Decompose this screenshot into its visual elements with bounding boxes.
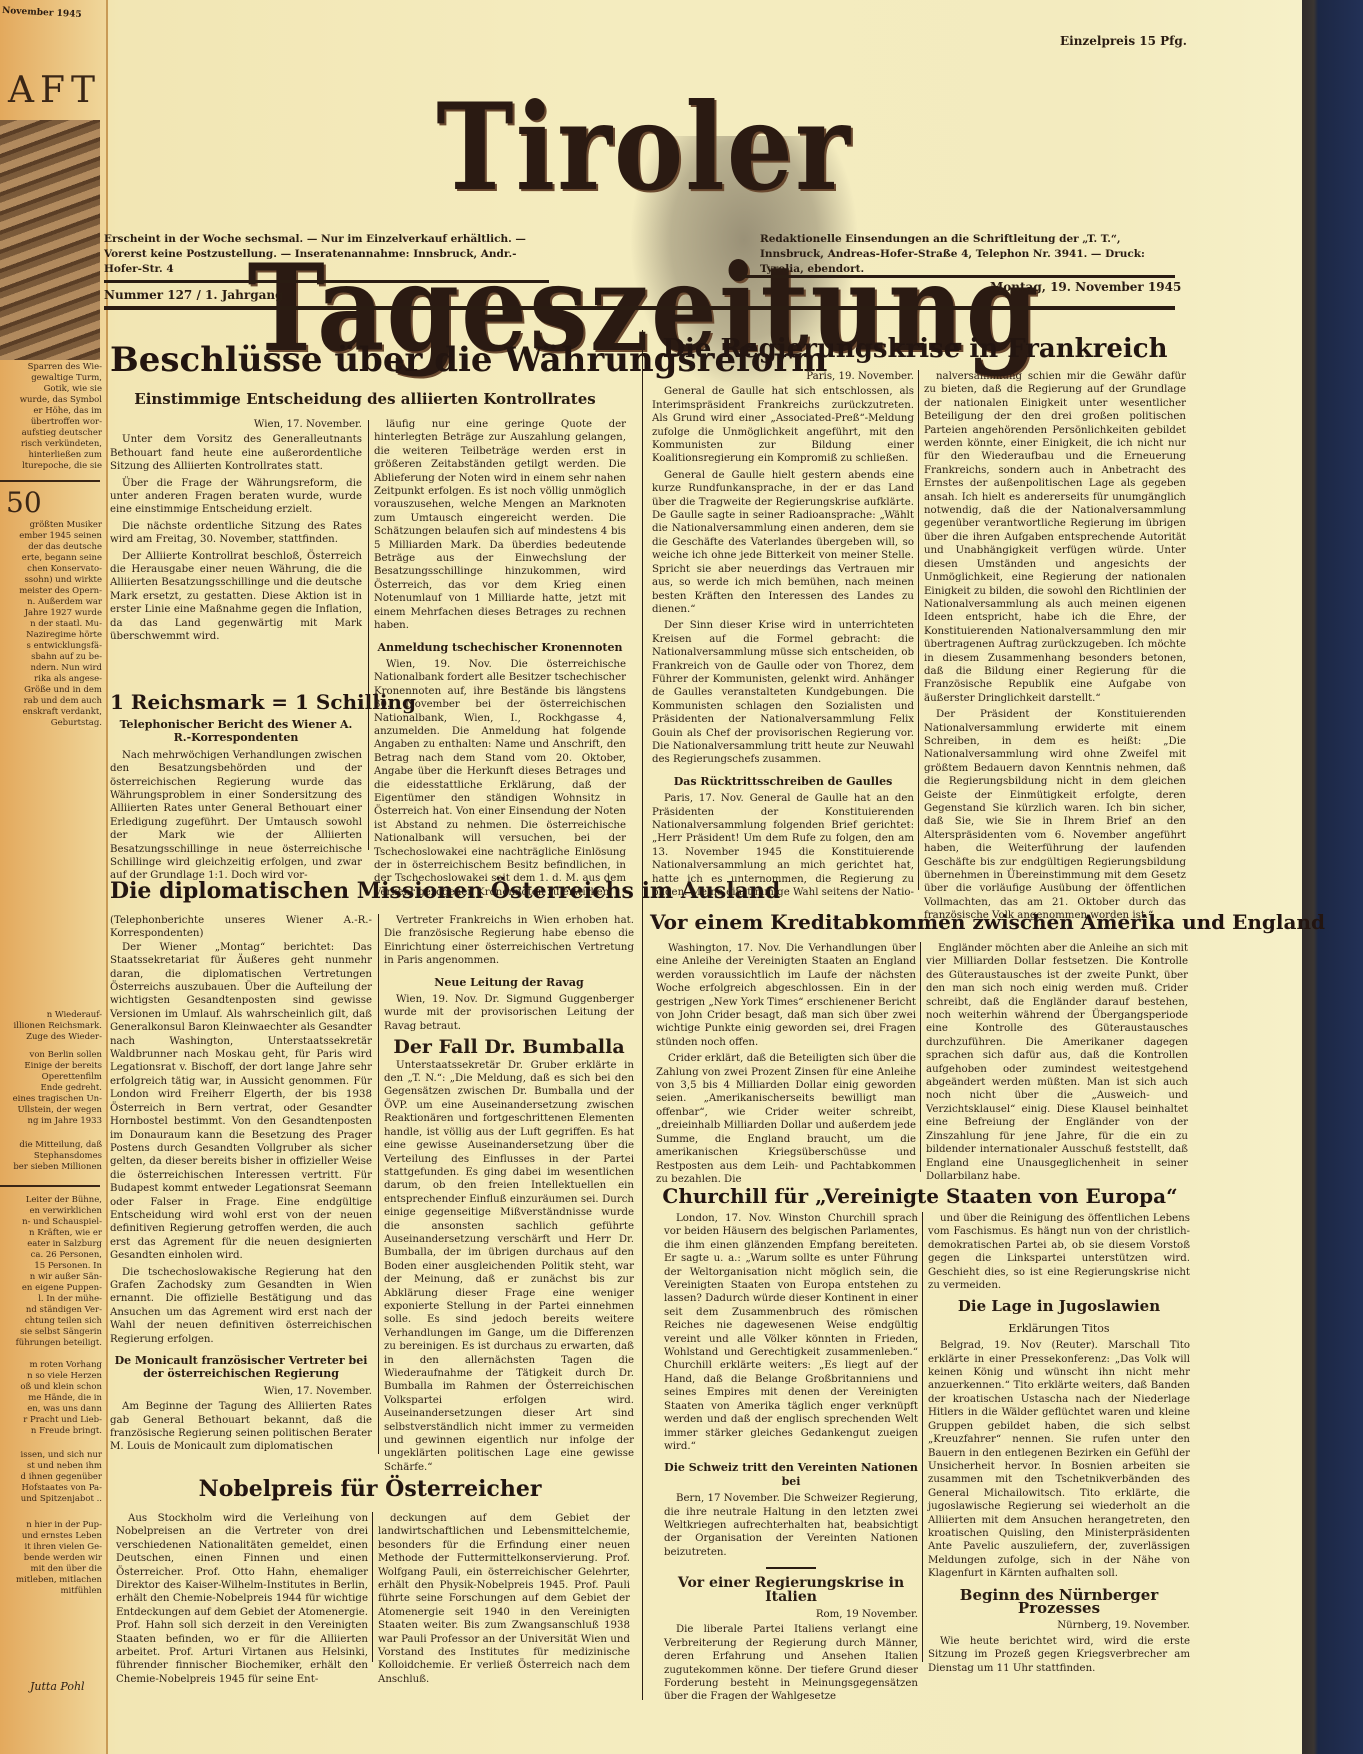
article-missionen-col1: (Telephonberichte unseres Wiener A.-R.-K…	[110, 914, 372, 1457]
paragraph: Aus Stockholm wird die Verleihung von No…	[116, 1512, 368, 1686]
column-rule	[922, 1212, 923, 1662]
paragraph: und über die Reinigung des öffentlichen …	[928, 1212, 1190, 1292]
strip-text-6: m roten Vorhang n so viele Herzen oß und…	[4, 1360, 102, 1437]
subhead-monicault: De Monicault französischer Vertreter bei…	[110, 1354, 372, 1381]
paragraph: London, 17. Nov. Winston Churchill sprac…	[664, 1212, 918, 1453]
paragraph: Wien, 19. Nov. Dr. Sigmund Guggenberger …	[384, 993, 634, 1033]
dateline: Rom, 19 November.	[664, 1608, 918, 1621]
article-right-lower: und über die Reinigung des öffentlichen …	[928, 1212, 1190, 1678]
subhead-schweiz: Die Schweiz tritt den Vereinten Nationen…	[664, 1461, 918, 1488]
divider	[766, 1567, 816, 1569]
column-rule	[918, 370, 919, 890]
strip-headline-fragment: AFT	[8, 70, 101, 111]
article-waehrungsreform-col1: Wien, 17. November. Unter dem Vorsitz de…	[110, 418, 362, 647]
paragraph: Washington, 17. Nov. Die Verhandlungen ü…	[656, 942, 916, 1049]
strip-text-3: von Berlin sollen Einige der bereits Ope…	[4, 1050, 102, 1127]
strip-text-2: n Wiederauf- illionen Reichsmark. Zuge d…	[4, 1010, 102, 1043]
article-missionen-col2: Vertreter Frankreichs in Wien erhoben ha…	[384, 914, 634, 1477]
strip-text-5: Leiter der Bühne, en verwirklichen n- un…	[4, 1195, 102, 1349]
article-nobelpreis-col1: Aus Stockholm wird die Verleihung von No…	[116, 1512, 368, 1689]
column-rule	[920, 942, 921, 1172]
headline-jugoslawien: Die Lage in Jugoslawien	[928, 1300, 1190, 1313]
paragraph: Der Alliierte Kontrollrat beschloß, Öste…	[110, 550, 362, 644]
paragraph: Die nächste ordentliche Sitzung des Rate…	[110, 520, 362, 547]
paragraph: Wie heute berichtet wird, wird die erste…	[928, 1635, 1190, 1675]
paragraph: Der Wiener „Montag“ berichtet: Das Staat…	[110, 941, 372, 1263]
column-rule	[372, 1512, 373, 1662]
article-nobelpreis-col2: deckungen auf dem Gebiet der landwirtsch…	[378, 1512, 630, 1689]
headline-frankreich: Die Regierungskrise in Frankreich	[650, 334, 1180, 364]
column-rule	[378, 914, 379, 1454]
article-frankreich-col2: nalversammlung schien mir die Gewähr daf…	[924, 370, 1186, 926]
imprint-right: Redaktionelle Einsendungen an die Schrif…	[760, 232, 1170, 277]
headline-italien: Vor einer Regierungskrise in Italien	[664, 1577, 918, 1604]
paragraph: Paris, 17. Nov. General de Gaulle hat an…	[652, 792, 914, 899]
issue-number: Nummer 127 / 1. Jahrgang	[104, 288, 284, 302]
headline-waehrungsreform: Beschlüsse über die Währungsreform	[110, 340, 620, 380]
paragraph: General de Gaulle hielt gestern abends e…	[652, 469, 914, 616]
paragraph: deckungen auf dem Gebiet der landwirtsch…	[378, 1512, 630, 1686]
article-frankreich-col1: Paris, 19. November. General de Gaulle h…	[652, 370, 914, 902]
strip-rule-2	[0, 1185, 100, 1187]
rule-left	[104, 280, 549, 283]
strip-text-8: n hier in der Pup- und ernstes Leben it …	[4, 1520, 102, 1597]
strip-text-1: größten Musiker ember 1945 seinen der da…	[4, 520, 102, 729]
paragraph: läufig nur eine geringe Quote der hinter…	[374, 418, 626, 633]
article-kredit-col2: Engländer möchten aber die Anleihe an si…	[926, 942, 1188, 1186]
paragraph: Die liberale Partei Italiens verlangt ei…	[664, 1623, 918, 1703]
paragraph: Unterstaatssekretär Dr. Gruber erklärte …	[384, 1059, 634, 1475]
subhead-ravag: Neue Leitung der Ravag	[384, 976, 634, 989]
masthead-rule	[104, 306, 1175, 310]
paragraph: General de Gaulle hat sich entschlossen,…	[652, 385, 914, 465]
masthead: Tiroler Tageszeitung	[104, 88, 1184, 228]
paragraph: Bern, 17 November. Die Schweizer Regieru…	[664, 1492, 918, 1559]
paragraph: nalversammlung schien mir die Gewähr daf…	[924, 370, 1186, 705]
paragraph: Engländer möchten aber die Anleihe an si…	[926, 942, 1188, 1183]
subhead-reichsmark: Telephonischer Bericht des Wiener A. R.-…	[110, 718, 362, 745]
subhead-jugoslawien: Erklärungen Titos	[928, 1322, 1190, 1335]
single-copy-price: Einzelpreis 15 Pfg.	[1060, 34, 1187, 48]
headline-kredit: Vor einem Kreditabkommen zwischen Amerik…	[650, 910, 1190, 934]
paragraph: Über die Frage der Währungsreform, die u…	[110, 477, 362, 517]
headline-churchill: Churchill für „Vereinigte Staaten von Eu…	[650, 1184, 1190, 1208]
byline: (Telephonberichte unseres Wiener A.-R.-K…	[110, 914, 372, 941]
dateline: Paris, 19. November.	[652, 370, 914, 383]
dateline: Wien, 17. November.	[110, 1385, 372, 1398]
column-rule	[368, 420, 369, 850]
strip-photo	[0, 120, 100, 360]
article-churchill: London, 17. Nov. Winston Churchill sprac…	[664, 1212, 918, 1707]
headline-missionen: Die diplomatischen Missionen Österreichs…	[110, 878, 630, 904]
section-rule	[642, 330, 643, 1700]
headline-bumballa: Der Fall Dr. Bumballa	[384, 1041, 634, 1054]
imprint-left: Erscheint in der Woche sechsmal. — Nur i…	[104, 232, 544, 277]
dateline: Nürnberg, 19. November.	[928, 1619, 1190, 1632]
dateline: Wien, 17. November.	[110, 418, 362, 431]
article-reichsmark: Telephonischer Bericht des Wiener A. R.-…	[110, 718, 362, 886]
headline-reichsmark: 1 Reichsmark = 1 Schilling	[110, 690, 362, 714]
adjacent-page-strip: November 1945 AFT Sparren des Wie- gewal…	[0, 0, 108, 1754]
paragraph: Nach mehrwöchigen Verhandlungen zwischen…	[110, 749, 362, 883]
paragraph: Belgrad, 19. Nov (Reuter). Marschall Tit…	[928, 1339, 1190, 1580]
subhead-kronennoten: Anmeldung tschechischer Kronennoten	[374, 641, 626, 654]
subhead-waehrungsreform: Einstimmige Entscheidung des alliierten …	[110, 390, 620, 408]
paragraph: Unter dem Vorsitz des Generalleutnants B…	[110, 433, 362, 473]
strip-text-4: die Mitteilung, daß Stephansdomes ber si…	[4, 1140, 102, 1173]
paragraph: Crider erklärt, daß die Beteiligten sich…	[656, 1052, 916, 1186]
paragraph: Der Präsident der Konstituierenden Natio…	[924, 708, 1186, 923]
strip-rule	[0, 480, 100, 482]
headline-nuernberg: Beginn des Nürnberger Prozesses	[928, 1589, 1190, 1616]
headline-nobelpreis: Nobelpreis für Österreicher	[110, 1476, 630, 1502]
strip-signature: Jutta Pohl	[30, 1680, 85, 1693]
paragraph: Die tschechoslowakische Regierung hat de…	[110, 1266, 372, 1346]
paragraph: Am Beginne der Tagung des Alliierten Rat…	[110, 1400, 372, 1454]
paragraph: Der Sinn dieser Krise wird in unterricht…	[652, 619, 914, 766]
subhead-ruecktritt: Das Rücktrittsschreiben de Gaulles	[652, 775, 914, 788]
article-kredit-col1: Washington, 17. Nov. Die Verhandlungen ü…	[656, 942, 916, 1189]
strip-text-7: issen, und sich nur st und neben ihm d i…	[4, 1450, 102, 1505]
article-waehrungsreform-col2: läufig nur eine geringe Quote der hinter…	[374, 418, 626, 902]
book-binding	[1300, 0, 1363, 1754]
newspaper-page: November 1945 AFT Sparren des Wie- gewal…	[0, 0, 1302, 1754]
strip-number: 50	[6, 486, 42, 519]
issue-date: Montag, 19. November 1945	[990, 280, 1181, 294]
strip-caption: Sparren des Wie- gewaltige Turm, Gotik, …	[4, 362, 102, 472]
paragraph: Vertreter Frankreichs in Wien erhoben ha…	[384, 914, 634, 968]
rule-right	[742, 275, 1175, 278]
strip-date: November 1945	[2, 6, 82, 20]
